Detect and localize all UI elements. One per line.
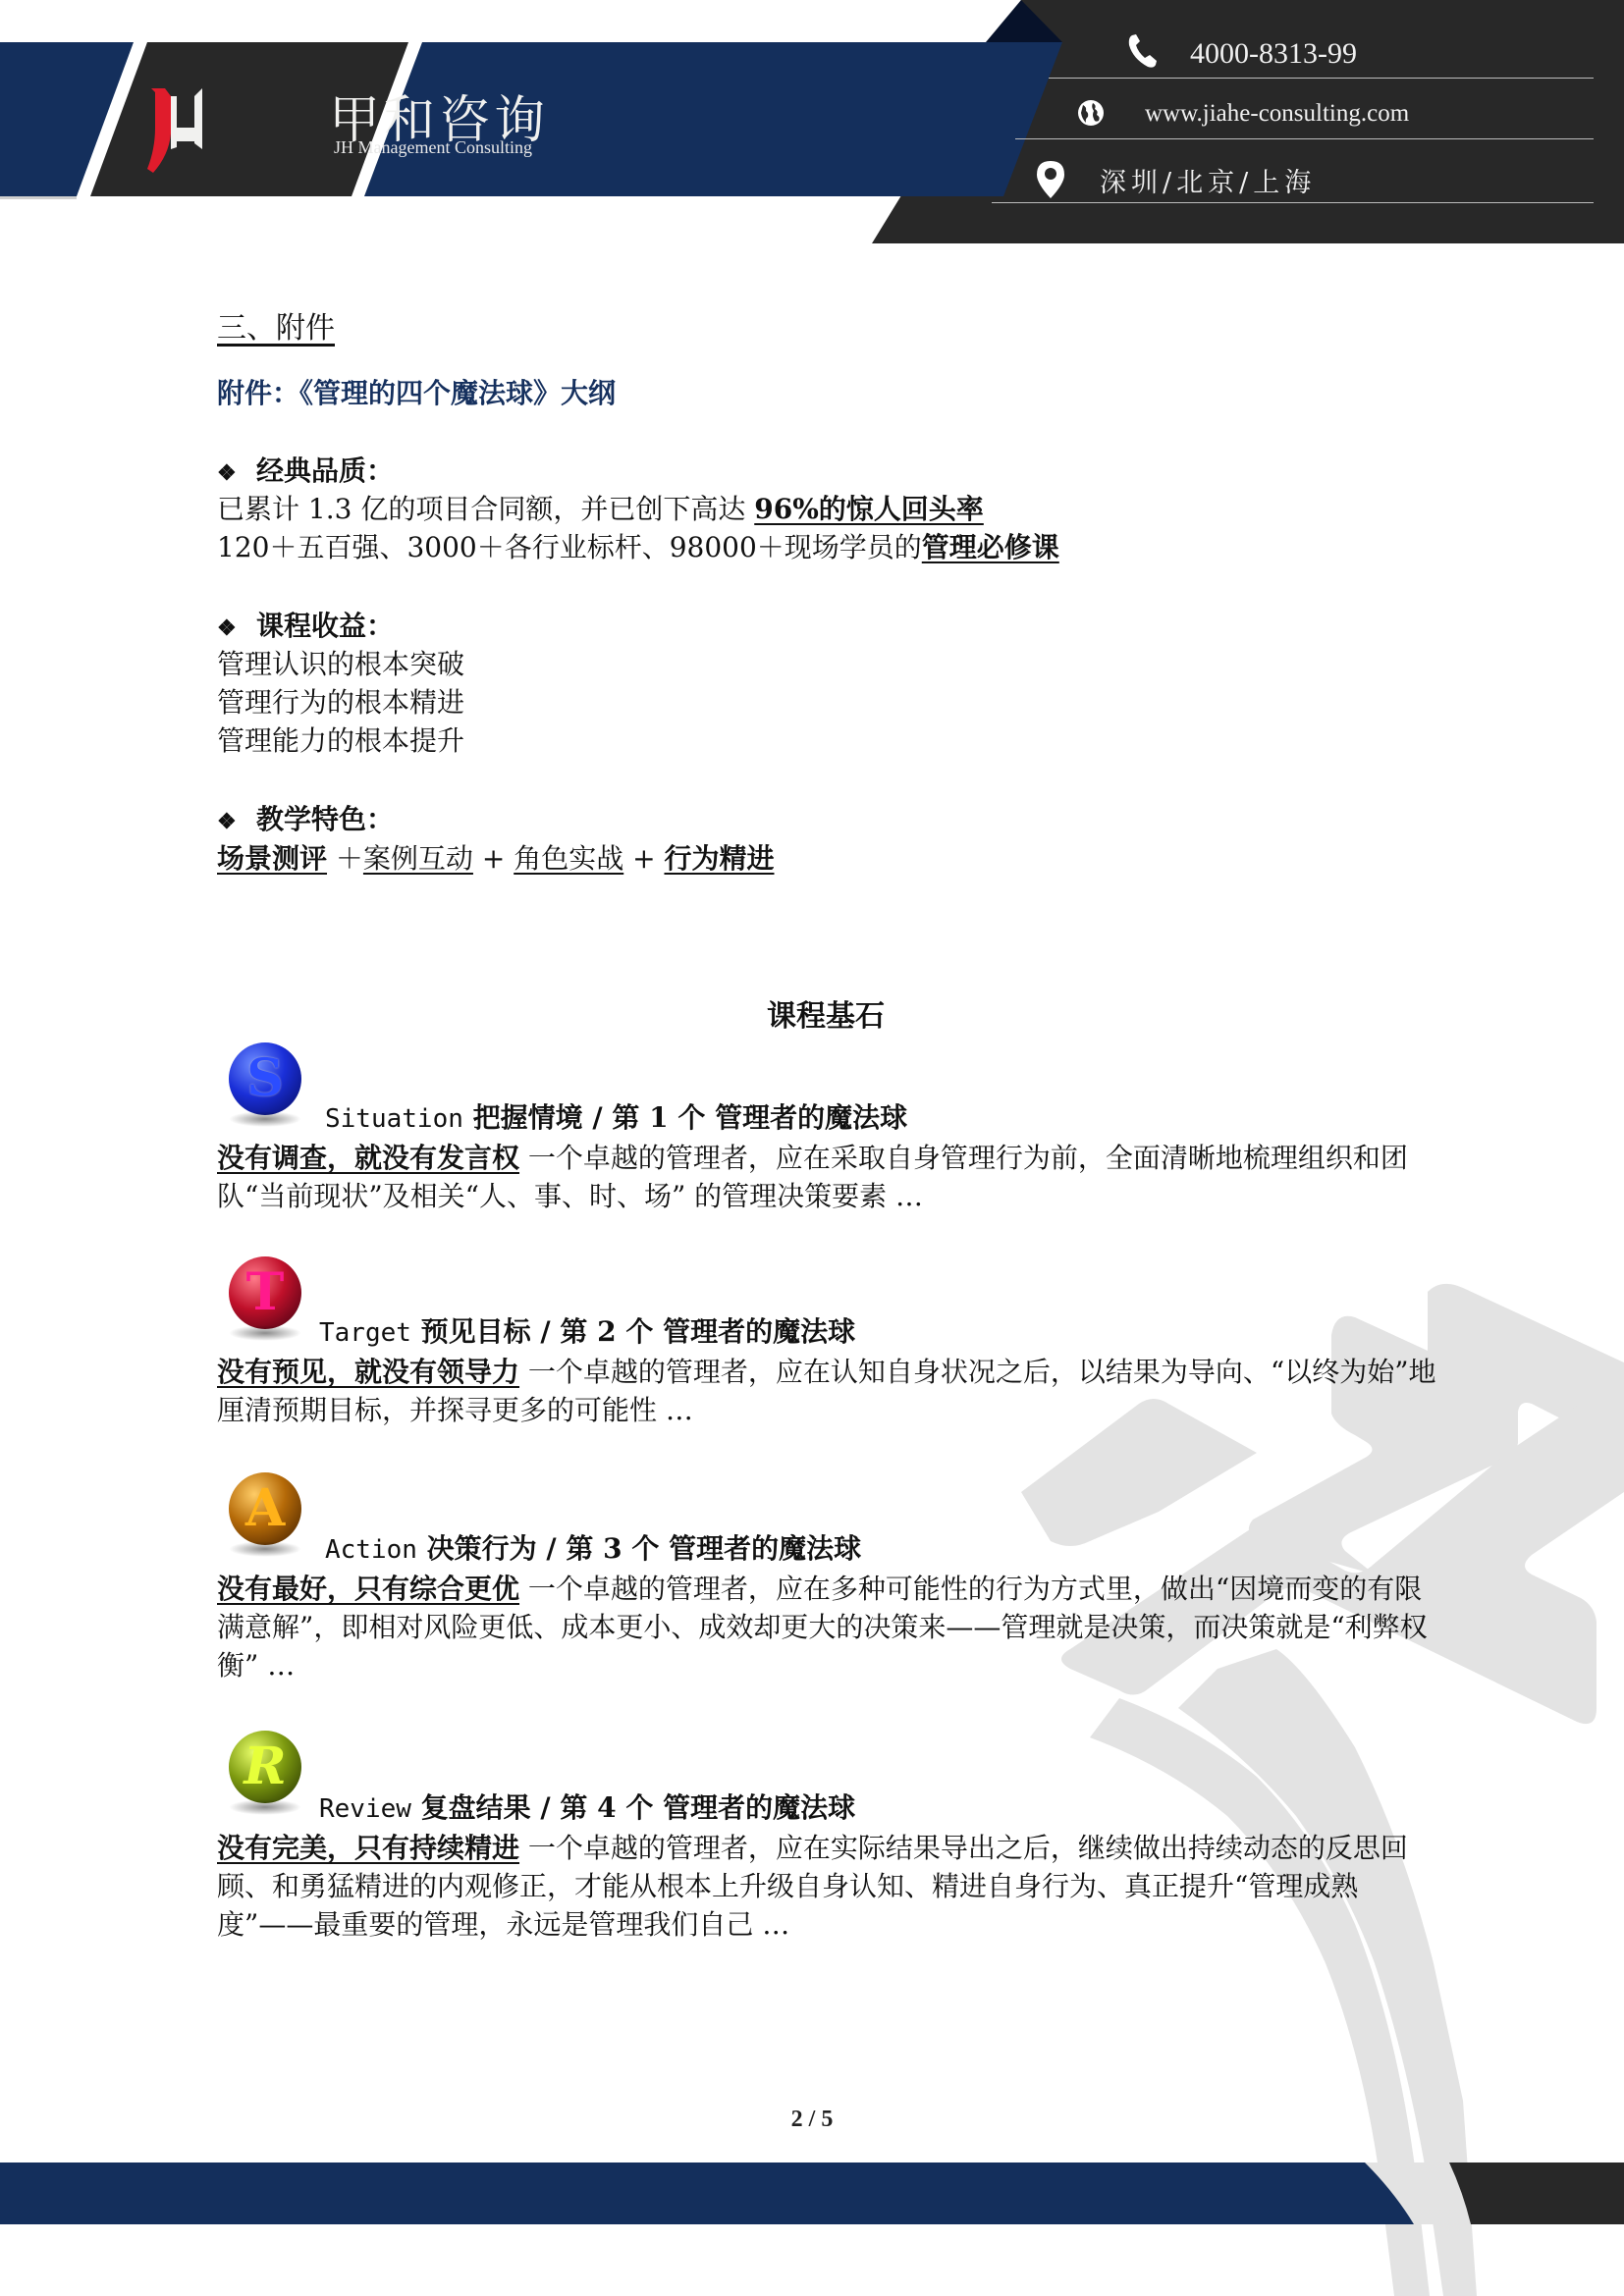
feature-behavior-refinement: 行为精进 — [664, 842, 774, 875]
sphere-a-icon: A — [229, 1472, 301, 1545]
ball-4-lead: 没有完美，只有持续精进 — [217, 1832, 519, 1864]
sphere-shadow — [229, 1799, 301, 1815]
logo — [143, 84, 202, 175]
office-locations: 深圳/北京/上海 — [1100, 161, 1316, 199]
benefit-item: 管理行为的根本精进 — [217, 685, 464, 721]
quality-line-2: 120＋五百强、3000＋各行业标杆、98000＋现场学员的管理必修课 — [217, 530, 1059, 565]
quality-heading: ❖经典品质： — [217, 454, 394, 491]
diamond-bullet-icon: ❖ — [217, 611, 256, 646]
benefit-item: 管理能力的根本提升 — [217, 723, 464, 759]
sphere-shadow — [229, 1111, 301, 1127]
teaching-heading: ❖教学特色： — [217, 802, 394, 839]
sphere-r-icon: R — [229, 1731, 301, 1803]
ball-1-description: 没有调查，就没有发言权 一个卓越的管理者，应在采取自身管理行为前，全面清晰地梳理… — [217, 1139, 1444, 1215]
ball-3-lead: 没有最好，只有综合更优 — [217, 1573, 519, 1605]
map-pin-icon — [1036, 160, 1065, 199]
page-number: 2 / 5 — [0, 2107, 1624, 2133]
must-take-course-highlight: 管理必修课 — [922, 531, 1059, 563]
sphere-t-icon: T — [229, 1256, 301, 1329]
quality-line-1: 已累计 1.3 亿的项目合同额，并已创下高达 96%的惊人回头率 — [217, 492, 984, 527]
feature-case-interaction: 案例互动 — [363, 842, 473, 875]
teaching-features: 场景测评 ＋案例互动 + 角色实战 + 行为精进 — [217, 841, 775, 877]
footer-band — [0, 2163, 1624, 2224]
jh-logo-mark-icon — [143, 84, 202, 175]
phone-divider — [1049, 78, 1594, 79]
website-link[interactable]: www.jiahe-consulting.com — [1145, 100, 1409, 128]
ball-1-heading: Situation 把握情境 / 第 1 个 管理者的魔法球 — [325, 1100, 907, 1137]
feature-scenario-assessment: 场景测评 — [217, 842, 327, 875]
website-divider — [1015, 138, 1594, 139]
ball-1-lead: 没有调查，就没有发言权 — [217, 1142, 519, 1174]
diamond-bullet-icon: ❖ — [217, 455, 256, 491]
ball-2-description: 没有预见，就没有领导力 一个卓越的管理者，应在认知自身状况之后，以结果为导向、“… — [217, 1353, 1444, 1429]
ball-3-heading: Action 决策行为 / 第 3 个 管理者的魔法球 — [325, 1531, 861, 1568]
sphere-s-icon: S — [229, 1042, 301, 1115]
diamond-bullet-icon: ❖ — [217, 804, 256, 839]
sphere-shadow — [229, 1325, 301, 1341]
phone-icon — [1128, 33, 1158, 69]
benefits-heading: ❖课程收益： — [217, 609, 394, 646]
phone-number[interactable]: 4000-8313-99 — [1190, 37, 1357, 71]
attachment-subtitle: 附件：《管理的四个魔法球》大纲 — [217, 376, 616, 411]
ball-4-description: 没有完美，只有持续精进 一个卓越的管理者，应在实际结果导出之后，继续做出持续动态… — [217, 1829, 1444, 1944]
ball-4-heading: Review 复盘结果 / 第 4 个 管理者的魔法球 — [319, 1790, 855, 1827]
return-rate-highlight: 96%的惊人回头率 — [754, 493, 984, 525]
feature-role-play: 角色实战 — [514, 842, 623, 875]
ball-3-description: 没有最好，只有综合更优 一个卓越的管理者，应在多种可能性的行为方式里，做出“因境… — [217, 1570, 1444, 1684]
section-title: 三、附件 — [217, 311, 335, 347]
cornerstone-title: 课程基石 — [767, 999, 885, 1035]
sphere-shadow — [229, 1541, 301, 1557]
ball-2-heading: Target 预见目标 / 第 2 个 管理者的魔法球 — [319, 1314, 855, 1351]
logo-name-en: JH Management Consulting — [334, 137, 532, 158]
header-banner — [0, 0, 1624, 255]
globe-icon — [1077, 99, 1105, 127]
ball-2-lead: 没有预见，就没有领导力 — [217, 1356, 519, 1388]
benefit-item: 管理认识的根本突破 — [217, 647, 464, 682]
locations-divider — [992, 202, 1594, 203]
